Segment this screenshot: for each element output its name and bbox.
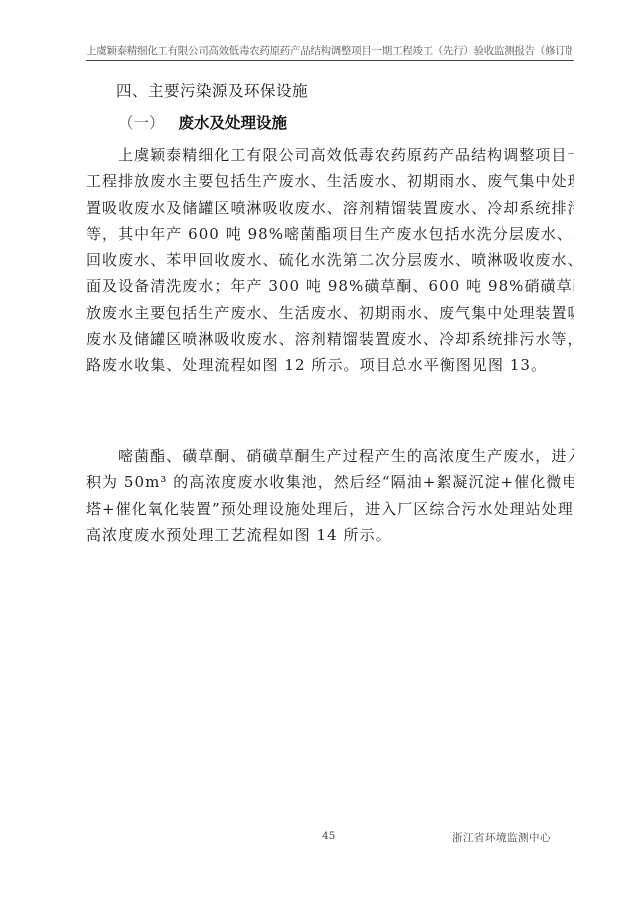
paragraph-line: 路废水收集、处理流程如图 12 所示。项目总水平衡图见图 13。 <box>86 352 574 378</box>
subsection-title: （一）废水及处理设施 <box>118 113 287 133</box>
paragraph-line: 废水及储罐区喷淋吸收废水、溶剂精馏装置废水、冷却系统排污水等，各 <box>86 326 574 352</box>
paragraph-line: 工程排放废水主要包括生产废水、生活废水、初期雨水、废气集中处理装 <box>86 168 574 194</box>
paragraph-line: 置吸收废水及储罐区喷淋吸收废水、溶剂精馏装置废水、冷却系统排污水 <box>86 195 574 221</box>
paragraph-wastewater-sources: 上虞颖泰精细化工有限公司高效低毒农药原药产品结构调整项目一期 工程排放废水主要包… <box>86 142 574 379</box>
paragraph-line: 上虞颖泰精细化工有限公司高效低毒农药原药产品结构调整项目一期 <box>86 142 574 168</box>
page-number: 45 <box>322 830 335 842</box>
running-header: 上虞颖泰精细化工有限公司高效低毒农药原药产品结构调整项目一期工程竣工（先行）验收… <box>86 44 572 58</box>
subsection-number: （一） <box>118 114 165 132</box>
footer-organization: 浙江省环境监测中心 <box>452 830 551 845</box>
document-page: 上虞颖泰精细化工有限公司高效低毒农药原药产品结构调整项目一期工程竣工（先行）验收… <box>0 0 636 900</box>
paragraph-high-concentration-pretreatment: 嘧菌酯、磺草酮、硝磺草酮生产过程产生的高浓度生产废水，进入容 积为 50m³ 的… <box>86 443 574 548</box>
header-divider <box>86 60 574 61</box>
paragraph-line: 放废水主要包括生产废水、生活废水、初期雨水、废气集中处理装置吸收 <box>86 300 574 326</box>
paragraph-line: 积为 50m³ 的高浓度废水收集池，然后经“隔油+絮凝沉淀+催化微电解铁炭 <box>86 469 574 495</box>
paragraph-line: 回收废水、苯甲回收废水、硫化水洗第二次分层废水、喷淋吸收废水、地 <box>86 247 574 273</box>
paragraph-line: 面及设备清洗废水；年产 300 吨 98%磺草酮、600 吨 98%硝磺草酮项目… <box>86 273 574 299</box>
paragraph-line: 嘧菌酯、磺草酮、硝磺草酮生产过程产生的高浓度生产废水，进入容 <box>86 443 574 469</box>
subsection-heading: 废水及处理设施 <box>179 113 288 132</box>
paragraph-line: 高浓度废水预处理工艺流程如图 14 所示。 <box>86 522 574 548</box>
paragraph-line: 等，其中年产 600 吨 98%嘧菌酯项目生产废水包括水洗分层废水、三乙胺 <box>86 221 574 247</box>
paragraph-line: 塔+催化氧化装置”预处理设施处理后，进入厂区综合污水处理站处理， <box>86 496 574 522</box>
section-title: 四、主要污染源及环保设施 <box>116 81 308 101</box>
